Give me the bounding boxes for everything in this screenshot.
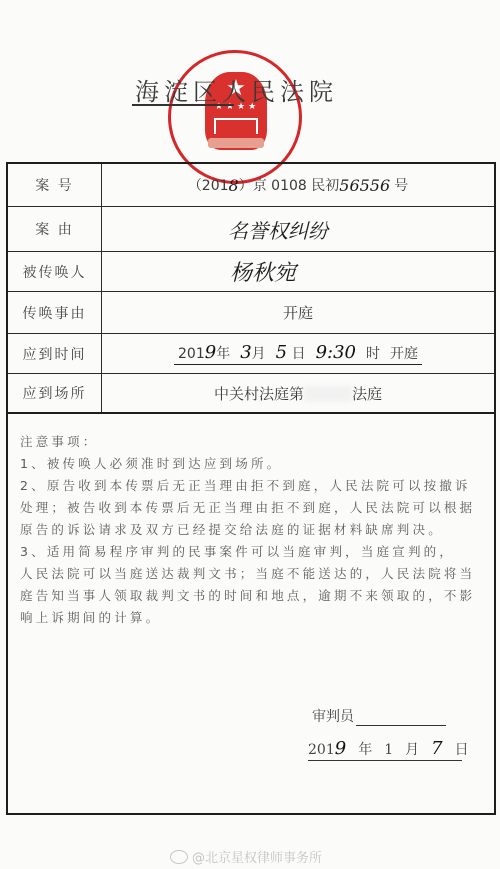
note-line: 1、被传唤人必须准时到达应到场所。	[20, 453, 486, 475]
value-summons-reason: 开庭	[283, 302, 313, 323]
judge-label: 审判员	[312, 706, 354, 726]
note-line: 原告的诉讼请求及双方已经提交给法庭的证据材料缺席判决。	[20, 519, 486, 541]
redacted-area	[304, 386, 352, 402]
note-line: 响上诉期间的计算。	[20, 607, 486, 629]
row-summons-reason: 传唤事由 开庭	[8, 292, 494, 334]
value-case-number: （201 8 ）京 0108 民初 56556 号	[102, 164, 494, 206]
label-case-cause: 案 由	[8, 207, 102, 251]
label-summoned-person: 被传唤人	[8, 252, 102, 291]
note-line: 庭告知当事人领取裁判文书的时间和地点，逾期不来领取的，不影	[20, 585, 486, 607]
label-appear-time: 应到时间	[8, 334, 102, 373]
note-line: 3、适用简易程序审判的民事案件可以当庭审判，当庭宣判的，	[20, 541, 486, 563]
emblem-base	[208, 138, 264, 148]
row-appear-time: 应到时间 2019年 3月 5 日 9:30 时 开庭	[8, 334, 494, 374]
value-summoned-person: 杨秋宛	[230, 256, 296, 287]
issue-date: 2019 年 1 月 7 日	[308, 738, 462, 761]
value-appear-place: 中关村法庭第法庭	[214, 383, 382, 404]
notes-title: 注意事项：	[20, 431, 486, 453]
note-line: 人民法院可以当庭送达裁判文书；当庭不能送达的，人民法院将当	[20, 563, 486, 585]
judge-signature-line	[356, 711, 446, 726]
value-appear-time: 2019年 3月 5 日 9:30 时 开庭	[174, 342, 422, 365]
row-case-cause: 案 由 名誉权纠纷	[8, 207, 494, 252]
signature-block: 审判员 2019 年 1 月 7 日	[312, 706, 462, 761]
watermark: @北京星权律师事务所	[170, 847, 370, 866]
row-summoned-person: 被传唤人 杨秋宛	[8, 252, 494, 292]
row-case-number: 案 号 （201 8 ）京 0108 民初 56556 号	[8, 164, 494, 207]
label-case-number: 案 号	[8, 164, 102, 206]
tiananmen-icon	[214, 118, 258, 134]
court-name: 海淀区人民法院	[135, 72, 355, 107]
case-year-digit: 8	[229, 176, 239, 195]
note-line: 2、原告收到本传票后无正当理由拒不到庭，人民法院可以按撤诉	[20, 475, 486, 497]
note-line: 处理；被告收到本传票后无正当理由拒不到庭，人民法院可以根据	[20, 497, 486, 519]
court-name-underline	[132, 104, 234, 106]
summons-document: ★ ★★★★ 海淀区人民法院 案 号 （201 8 ）京 0108 民初 565…	[0, 0, 500, 869]
weibo-icon	[170, 850, 188, 864]
summons-form-table: 案 号 （201 8 ）京 0108 民初 56556 号 案 由 名誉权纠纷 …	[6, 162, 496, 414]
label-summons-reason: 传唤事由	[8, 292, 102, 333]
case-number-handwritten: 56556	[339, 176, 390, 195]
value-case-cause: 名誉权纠纷	[228, 215, 328, 244]
